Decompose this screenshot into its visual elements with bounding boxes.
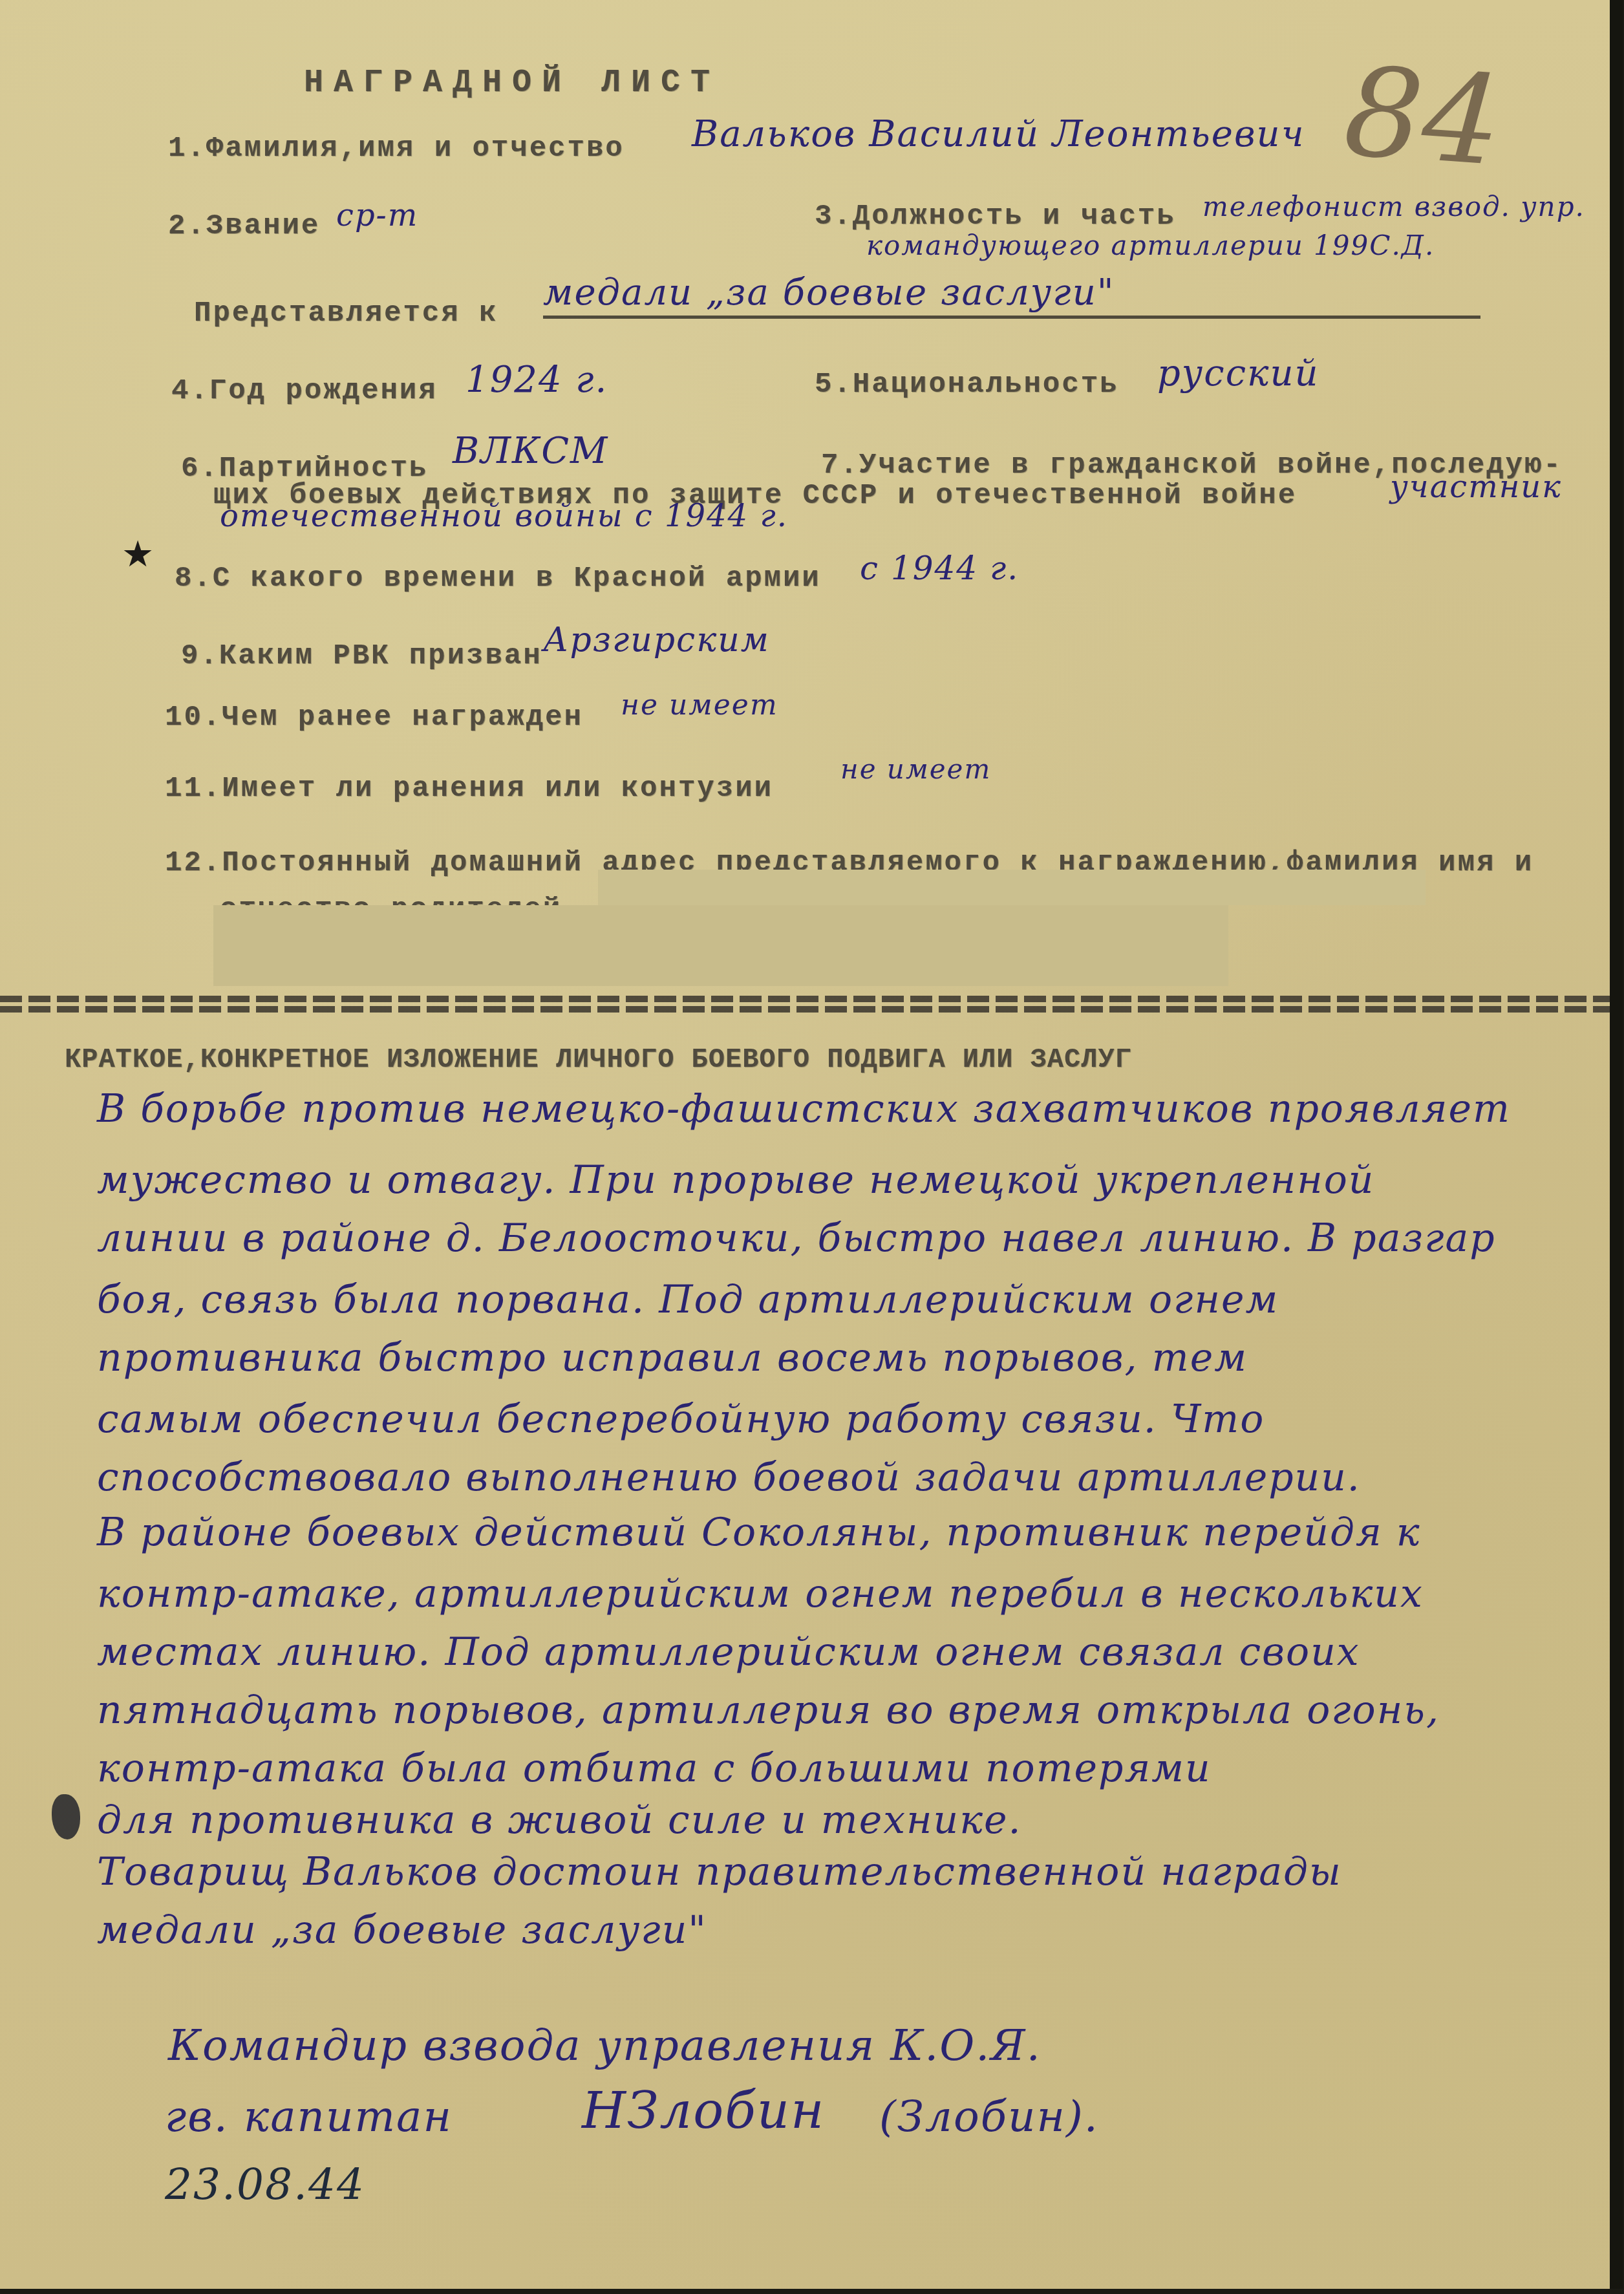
award-presented-label: Представляется к bbox=[194, 297, 498, 330]
redacted-address-block bbox=[213, 905, 1228, 986]
field-8-label: 8.С какого времени в Красной армии bbox=[175, 563, 821, 595]
signatory-rank: гв. капитан bbox=[165, 2092, 453, 2141]
narrative-line: мужество и отвагу. При прорыве немецкой … bbox=[97, 1157, 1375, 1203]
field-9-value: Арзгирским bbox=[543, 621, 770, 659]
award-underline bbox=[543, 316, 1480, 319]
section-title: КРАТКОЕ,КОНКРЕТНОЕ ИЗЛОЖЕНИЕ ЛИЧНОГО БОЕ… bbox=[65, 1044, 1132, 1075]
section-divider-2 bbox=[0, 1006, 1610, 1013]
document-title: НАГРАДНОЙ ЛИСТ bbox=[304, 65, 720, 102]
field-8-value: с 1944 г. bbox=[860, 550, 1019, 587]
field-5-value: русский bbox=[1157, 352, 1319, 394]
narrative-line: контр-атака была отбита с большими потер… bbox=[97, 1746, 1212, 1791]
signatory-name: (Злобин). bbox=[879, 2092, 1099, 2141]
narrative-line: В районе боевых действий Соколяны, проти… bbox=[97, 1510, 1421, 1555]
signature-date: 23.08.44 bbox=[165, 2160, 365, 2209]
signature-mark: НЗлобин bbox=[582, 2082, 825, 2140]
narrative-line: способствовало выполнению боевой задачи … bbox=[97, 1455, 1361, 1500]
field-7-value-line1: участник bbox=[1390, 469, 1562, 505]
narrative-line: В борьбе против немецко-фашистских захва… bbox=[97, 1086, 1511, 1131]
narrative-line: медали „за боевые заслуги" bbox=[97, 1907, 707, 1953]
award-presented-value: медали „за боевые заслуги" bbox=[543, 272, 1115, 314]
field-1-label: 1.Фамилия,имя и отчество bbox=[168, 133, 625, 165]
field-3-value-line2: командующего артиллерии 199С.Д. bbox=[866, 230, 1435, 261]
field-2-label: 2.Звание bbox=[168, 210, 320, 242]
narrative-line: противника быстро исправил восемь порыво… bbox=[97, 1335, 1248, 1380]
field-4-label: 4.Год рождения bbox=[171, 375, 438, 407]
field-4-value: 1924 г. bbox=[465, 359, 608, 401]
field-3-value-line1: телефонист взвод. упр. bbox=[1202, 191, 1585, 222]
field-6-value: ВЛКСМ bbox=[453, 430, 608, 472]
field-11-label: 11.Имеет ли ранения или контузии bbox=[165, 773, 773, 805]
narrative-line: местах линию. Под артиллерийским огнем с… bbox=[97, 1629, 1360, 1675]
field-1-value: Вальков Василий Леонтьевич bbox=[692, 113, 1305, 155]
star-mark-icon: ★ bbox=[122, 533, 154, 575]
archive-number: 84 bbox=[1340, 40, 1506, 193]
field-7-value-line2: отечественной войны с 1944 г. bbox=[220, 498, 788, 534]
award-sheet: 84 НАГРАДНОЙ ЛИСТ 1.Фамилия,имя и отчест… bbox=[0, 0, 1623, 2289]
signatory-position: Командир взвода управления К.О.Я. bbox=[168, 2021, 1042, 2070]
narrative-line: боя, связь была порвана. Под артиллерийс… bbox=[97, 1277, 1279, 1322]
field-3-label: 3.Должность и часть bbox=[815, 200, 1176, 233]
narrative-line: самым обеспечил бесперебойную работу свя… bbox=[97, 1397, 1265, 1442]
field-9-label: 9.Каким РВК призван bbox=[181, 640, 542, 672]
field-11-value: не имеет bbox=[840, 753, 991, 785]
narrative-line: для противника в живой силе и технике. bbox=[97, 1797, 1022, 1843]
narrative-line: линии в районе д. Белоосточки, быстро на… bbox=[97, 1216, 1496, 1261]
section-divider bbox=[0, 996, 1610, 1002]
redacted-block-upper bbox=[598, 870, 1426, 905]
ink-blot bbox=[52, 1794, 80, 1839]
narrative-line: контр-атаке, артиллерийским огнем переби… bbox=[97, 1571, 1424, 1616]
field-2-value: ср-т bbox=[336, 197, 418, 233]
field-10-value: не имеет bbox=[621, 689, 778, 722]
narrative-line: пятнадцать порывов, артиллерия во время … bbox=[97, 1688, 1440, 1733]
narrative-line: Товарищ Вальков достоин правительственно… bbox=[97, 1849, 1342, 1894]
field-10-label: 10.Чем ранее награжден bbox=[165, 702, 583, 734]
field-5-label: 5.Национальность bbox=[815, 369, 1118, 401]
